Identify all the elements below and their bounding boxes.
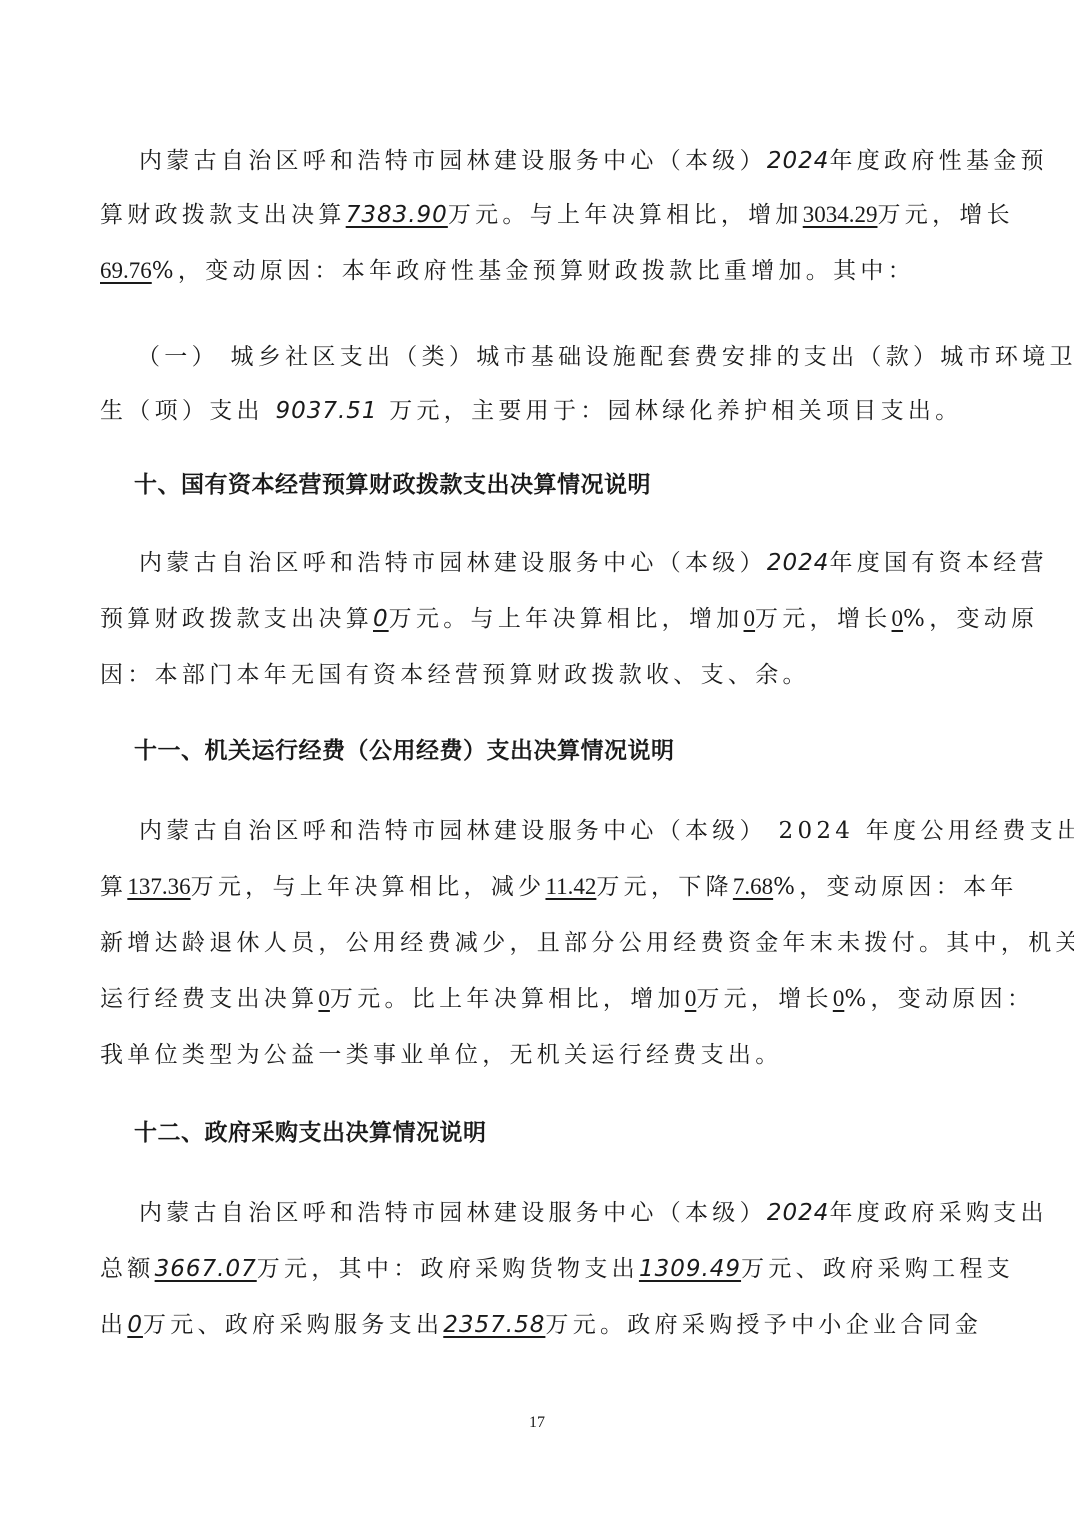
- paragraph-line: 我单位类型为公益一类事业单位，无机关运行经费支出。: [100, 1040, 980, 1070]
- text: 内蒙古自治区呼和浩特市园林建设服务中心（本级）: [139, 148, 767, 174]
- text: 内蒙古自治区呼和浩特市园林建设服务中心（本级） 2024 年度公用经费支出决: [139, 818, 1074, 844]
- text: 万元。比上年决算相比，增加: [330, 986, 685, 1012]
- text: 万元。与上年决算相比，增加: [448, 202, 803, 228]
- text: 内蒙古自治区呼和浩特市园林建设服务中心（本级）: [139, 550, 767, 576]
- text: 万元，增长: [696, 986, 833, 1012]
- paragraph-line: 生（项）支出 9037.51 万元，主要用于：园林绿化养护相关项目支出。: [100, 396, 980, 426]
- paragraph-line: 总额3667.07万元，其中：政府采购货物支出1309.49万元、政府采购工程支: [100, 1254, 980, 1284]
- text: 万元，其中：政府采购货物支出: [257, 1256, 639, 1282]
- paragraph-line: 出0万元、政府采购服务支出2357.58万元。政府采购授予中小企业合同金: [100, 1310, 980, 1340]
- paragraph-line: 算137.36万元，与上年决算相比，减少11.42万元，下降7.68%，变动原因…: [100, 872, 980, 902]
- growth-percent: 0: [892, 606, 904, 631]
- growth-percent: 0: [833, 986, 845, 1011]
- text: 万元，增长: [877, 202, 1014, 228]
- operating-funds-amount: 0: [318, 986, 330, 1011]
- paragraph-line: （一） 城乡社区支出（类）城市基础设施配套费安排的支出（款）城市环境卫: [137, 342, 978, 372]
- paragraph-line: 算财政拨款支出决算7383.90万元。与上年决算相比，增加3034.29万元，增…: [100, 200, 980, 230]
- item-amount: 9037.51: [275, 398, 377, 424]
- text: 预算财政拨款支出决算: [100, 606, 373, 632]
- text: 万元，下降: [596, 874, 733, 900]
- year: 2024: [767, 148, 830, 174]
- text: 万元，增长: [755, 606, 892, 632]
- text: 我单位类型为公益一类事业单位，无机关运行经费支出。: [100, 1042, 783, 1068]
- section-heading: 十一、机关运行经费（公用经费）支出决算情况说明: [134, 736, 675, 766]
- text: （一） 城乡社区支出（类）城市基础设施配套费安排的支出（款）城市环境卫: [137, 344, 1074, 370]
- procurement-services: 2357.58: [443, 1312, 545, 1338]
- increase-amount: 0: [685, 986, 697, 1011]
- text: 生（项）支出: [100, 398, 264, 424]
- paragraph-line: 新增达龄退休人员，公用经费减少，且部分公用经费资金年末未拨付。其中，机关: [100, 928, 980, 958]
- text: 万元，与上年决算相比，减少: [191, 874, 546, 900]
- paragraph-line: 预算财政拨款支出决算0万元。与上年决算相比，增加0万元，增长0%，变动原: [100, 604, 980, 634]
- text: 年度政府采购支出: [829, 1200, 1047, 1226]
- paragraph-line: 内蒙古自治区呼和浩特市园林建设服务中心（本级） 2024 年度公用经费支出决: [139, 816, 980, 846]
- text: 年度国有资本经营: [829, 550, 1047, 576]
- decline-percent: 7.68: [733, 874, 773, 899]
- document-page: 内蒙古自治区呼和浩特市园林建设服务中心（本级）2024年度政府性基金预 算财政拨…: [0, 0, 1074, 1520]
- text: 总额: [100, 1256, 155, 1282]
- increase-amount: 0: [744, 606, 756, 631]
- paragraph-line: 69.76%，变动原因：本年政府性基金预算财政拨款比重增加。其中：: [100, 256, 980, 286]
- paragraph-line: 内蒙古自治区呼和浩特市园林建设服务中心（本级）2024年度国有资本经营: [139, 548, 980, 578]
- text: 出: [100, 1312, 127, 1338]
- text: %，变动原因：: [844, 986, 1034, 1012]
- text: %，变动原因：本年政府性基金预算财政拨款比重增加。其中：: [152, 258, 915, 284]
- text: 万元、政府采购服务支出: [143, 1312, 443, 1338]
- section-heading: 十二、政府采购支出决算情况说明: [134, 1118, 487, 1148]
- paragraph-line: 因：本部门本年无国有资本经营预算财政拨款收、支、余。: [100, 660, 980, 690]
- text: 内蒙古自治区呼和浩特市园林建设服务中心（本级）: [139, 1200, 767, 1226]
- procurement-works: 0: [127, 1312, 143, 1338]
- text: %，变动原因：本年: [773, 874, 1018, 900]
- year: 2024: [767, 550, 830, 576]
- fund-expenditure-amount: 7383.90: [346, 202, 448, 228]
- text: 万元。政府采购授予中小企业合同金: [545, 1312, 982, 1338]
- text: 新增达龄退休人员，公用经费减少，且部分公用经费资金年末未拨付。其中，机关: [100, 930, 1074, 956]
- increase-amount: 3034.29: [803, 202, 878, 227]
- section-heading: 十、国有资本经营预算财政拨款支出决算情况说明: [134, 470, 651, 500]
- procurement-goods: 1309.49: [639, 1256, 741, 1282]
- growth-percent: 69.76: [100, 258, 152, 283]
- public-funds-amount: 137.36: [127, 874, 190, 899]
- text: 因：本部门本年无国有资本经营预算财政拨款收、支、余。: [100, 662, 810, 688]
- text: 算: [100, 874, 127, 900]
- text: 万元、政府采购工程支: [741, 1256, 1014, 1282]
- paragraph-line: 内蒙古自治区呼和浩特市园林建设服务中心（本级）2024年度政府采购支出: [139, 1198, 980, 1228]
- state-capital-amount: 0: [373, 606, 389, 632]
- text: 算财政拨款支出决算: [100, 202, 346, 228]
- procurement-total: 3667.07: [155, 1256, 257, 1282]
- text: %，变动原: [903, 606, 1038, 632]
- paragraph-line: 内蒙古自治区呼和浩特市园林建设服务中心（本级）2024年度政府性基金预: [139, 146, 980, 176]
- text: 年度政府性基金预: [829, 148, 1047, 174]
- text: 万元。与上年决算相比，增加: [389, 606, 744, 632]
- text: 万元，主要用于：园林绿化养护相关项目支出。: [389, 398, 962, 424]
- year: 2024: [767, 1200, 830, 1226]
- page-number: 17: [0, 1414, 1074, 1432]
- decrease-amount: 11.42: [545, 874, 596, 899]
- text: 运行经费支出决算: [100, 986, 318, 1012]
- paragraph-line: 运行经费支出决算0万元。比上年决算相比，增加0万元，增长0%，变动原因：: [100, 984, 980, 1014]
